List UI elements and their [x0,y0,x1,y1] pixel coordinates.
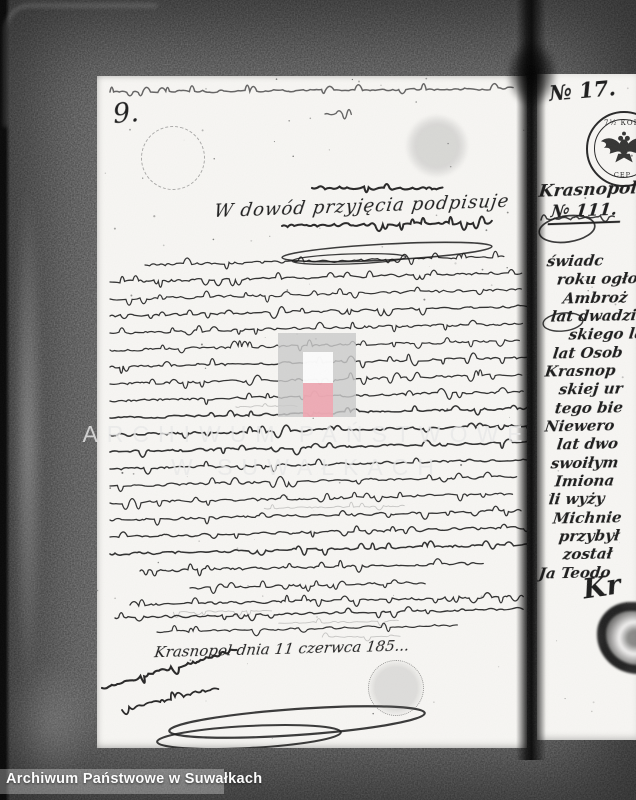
handwriting-fragment: Michnie [552,508,623,527]
ink-speck [565,698,566,699]
flourish-initial: Kr [581,570,623,606]
handwriting-fragment: li wyży [548,490,606,509]
ink-speck [202,129,204,131]
ink-speck [358,80,360,82]
handwriting-stroke [121,682,220,715]
ink-speck [460,464,462,466]
ink-speck [252,346,253,347]
handwriting-stroke [110,454,527,475]
handwriting-stroke [236,403,297,407]
ink-speck [247,663,248,664]
handwriting-fragment: Imiona [554,471,616,490]
ink-speck [97,590,98,591]
ink-speck [393,595,394,596]
handwriting-fragment: skiej ur [558,379,624,398]
ink-speck [272,738,273,739]
handwriting-stroke [110,335,520,356]
ink-speck [254,539,255,540]
ink-speck [153,215,155,217]
handwriting-fragment: przybył [558,526,621,545]
gutter-ink-blob [506,40,558,108]
handwriting-stroke [110,318,523,338]
ink-speck [274,141,275,142]
ink-speck [205,737,207,739]
ink-speck [619,542,620,543]
ink-speck [315,338,317,340]
handwriting-stroke [110,386,523,407]
ink-speck [319,228,320,229]
handwriting-stroke [110,351,527,373]
ink-speck [312,418,313,419]
handwriting-fragment: roku ogło [556,269,636,288]
ink-speck [269,236,270,237]
ink-speck [121,472,123,474]
ink-speck [433,701,435,703]
ink-speck [520,424,521,425]
ink-speck [509,417,510,418]
ink-speck [276,78,278,80]
handwriting-fragment: został [562,545,614,564]
handwriting-fragment: lat Osob [552,343,624,362]
handwriting-stroke [140,557,483,577]
ink-speck [187,476,188,477]
handwriting-stroke [282,216,492,233]
ink-speck [288,120,290,122]
ink-speck [114,598,116,600]
manuscript-left-page: 9. W dowód przyjęcia podpisuje Krasnopol… [97,76,527,748]
handwriting-stroke [110,506,521,527]
ink-speck [199,541,200,542]
handwriting-fragment: swoiłym [550,453,620,472]
ink-speck [482,269,484,271]
stamp-top-text: 7½ КОП. [588,119,636,127]
handwriting-fragment: lat dwo [556,434,619,453]
handwriting-fragment: skiego lat [568,324,636,343]
handwriting-stroke [110,301,527,322]
ink-speck [213,239,215,241]
ink-speck [370,464,371,465]
handwriting-fragment: świadc [546,252,605,271]
faint-stamp-blot-icon [406,115,468,177]
handwriting-stroke [110,403,527,423]
handwriting-stroke [264,501,404,512]
handwriting-stroke [157,619,458,638]
ink-speck [448,358,450,360]
ink-speck [205,88,207,90]
handwriting-fragment: lat dwadzi [550,306,636,325]
archival-scan-canvas: 9. W dowód przyjęcia podpisuje Krasnopol… [0,0,636,800]
ink-speck [380,85,381,86]
handwriting-stroke [145,251,504,271]
handwriting-stroke [110,83,513,96]
ink-speck [593,701,595,703]
ink-speck [133,473,135,475]
ink-speck [436,215,438,217]
handwriting-stroke [190,577,425,594]
ink-speck [163,244,165,246]
ink-speck [485,229,487,231]
ink-speck [114,228,116,230]
handwriting-fragment: Ambroż [562,288,629,307]
handwriting-stroke [110,284,522,306]
ink-speck [262,595,263,596]
ink-speck [429,266,430,267]
handwriting-stroke [110,471,517,492]
ink-speck [491,284,493,286]
handwriting-stroke [110,539,527,560]
ink-speck [498,666,499,667]
ink-speck [214,616,215,617]
handwriting-stroke [110,369,522,390]
ink-speck [591,711,593,713]
handwriting-stroke [110,438,527,459]
ink-speck [109,487,111,489]
ink-speck [314,511,315,512]
page-corner-number: 9. [112,97,140,130]
faint-bottom-stamp-icon [368,660,424,716]
ink-speck [201,343,203,345]
ink-speck [286,289,288,291]
ink-speck [425,78,427,80]
handwriting-stroke [279,617,399,628]
ink-speck [250,240,252,242]
handwriting-stroke [325,110,351,119]
handwriting-fragment: Niewero [544,416,616,435]
flourish-ellipse [292,252,406,266]
handwriting-stroke [110,420,527,442]
ink-speck [130,295,132,297]
ink-speck [506,267,507,268]
footer-archive-name: Archiwum Państwowe w Suwałkach [6,771,262,787]
ink-speck [360,447,361,448]
ink-speck [129,129,131,131]
ink-speck [556,640,557,641]
ink-speck [265,337,266,338]
ink-speck [260,497,261,498]
handwriting-fragment: Krasnop [544,361,617,380]
ink-speck [105,173,106,174]
manuscript-right-page: № 17. 7½ КОП. СЕР. Krasnopol. № 111. świ… [537,74,636,740]
ink-speck [622,376,624,378]
ink-speck [205,368,206,369]
ink-speck [481,595,483,597]
ink-speck [310,118,312,120]
imperial-eagle-stamp-icon: 7½ КОП. СЕР. [586,111,636,187]
ink-speck [446,408,448,410]
ink-speck [247,585,248,586]
ink-speck [381,246,383,248]
ink-speck [296,333,297,334]
handwriting-stroke [130,590,524,611]
ink-speck [213,319,214,320]
ink-speck [352,79,353,80]
place-heading: Krasnopol. [538,178,636,202]
ink-speck [237,547,239,549]
ink-speck [309,284,310,285]
ink-speck [316,616,318,618]
ink-speck [415,101,417,103]
handwriting-stroke [312,184,443,192]
act-number: № 111. [548,200,623,225]
handwriting-stroke [110,267,522,289]
ink-speck [339,482,341,484]
ink-speck [206,701,207,702]
handwriting-stroke [110,489,513,510]
ink-speck [523,130,524,131]
ink-speck [454,262,456,264]
double-headed-eagle-icon [599,128,636,168]
ink-speck [142,178,143,179]
ink-speck [292,155,294,157]
ink-speck [214,158,215,159]
ink-speck [286,496,288,498]
ink-speck [627,87,629,89]
ink-speck [329,149,330,150]
ink-speck [423,299,425,301]
ink-speck [372,713,374,715]
handwriting-stroke [110,522,527,541]
ink-speck [158,562,160,564]
handwriting-fragment: tego bie [554,398,624,417]
